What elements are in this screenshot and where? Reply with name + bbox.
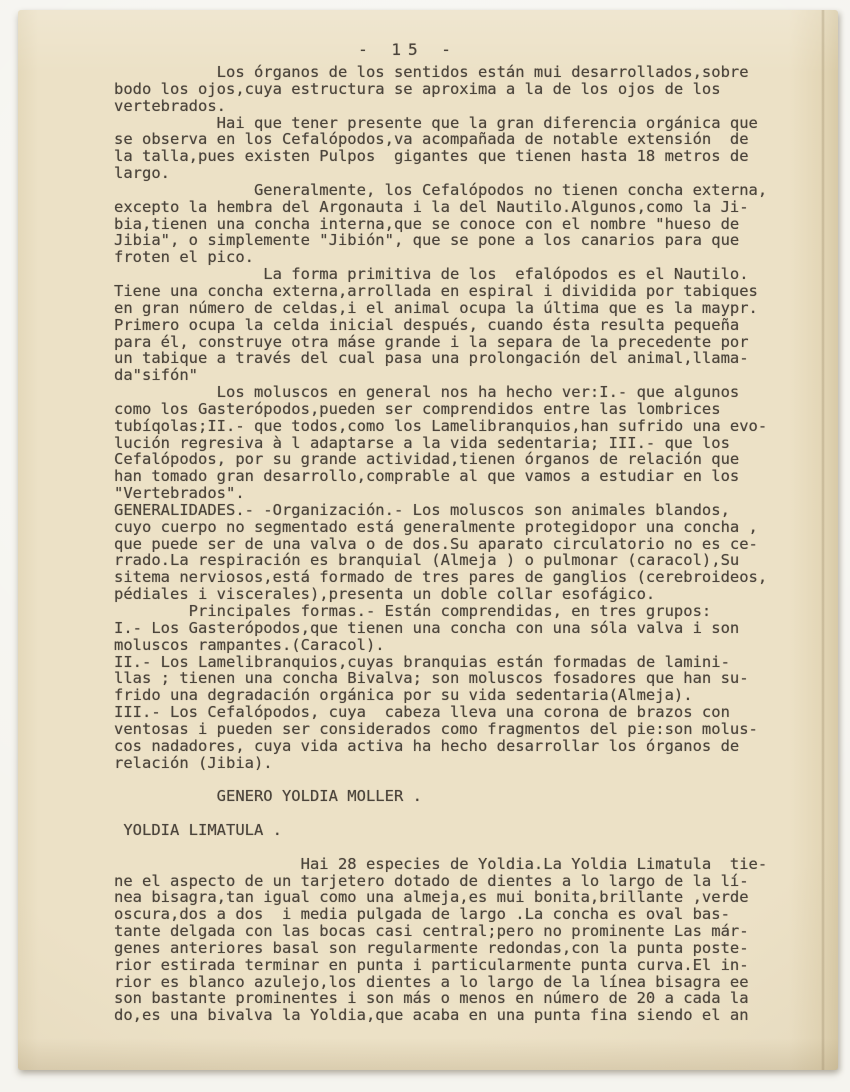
typewritten-line: Principales formas.- Están comprendidas,… bbox=[114, 603, 767, 620]
typewritten-text-block: Los órganos de los sentidos están mui de… bbox=[114, 64, 767, 1024]
paper-edge-crease bbox=[821, 10, 825, 1070]
typewritten-line: rrado.La respiración es branquial (Almej… bbox=[114, 552, 767, 569]
typewritten-line: moluscos rampantes.(Caracol). bbox=[114, 637, 767, 654]
typewritten-line: ventosas i pueden ser considerados como … bbox=[114, 721, 767, 738]
typewritten-line: Tiene una concha externa,arrollada en es… bbox=[114, 283, 767, 300]
typewritten-line: Hai 28 especies de Yoldia.La Yoldia Lima… bbox=[114, 856, 767, 873]
typewritten-line: la talla,pues existen Pulpos gigantes qu… bbox=[114, 148, 767, 165]
typewritten-line: Jibia", o simplemente "Jibión", que se p… bbox=[114, 232, 767, 249]
typewritten-line: rior es blanco azulejo,los dientes a lo … bbox=[114, 974, 767, 991]
typewritten-line: La forma primitiva de los efalópodos es … bbox=[114, 266, 767, 283]
typewritten-line: rior estirada terminar en punta i partic… bbox=[114, 957, 767, 974]
typewritten-line: oscura,dos a dos i media pulgada de larg… bbox=[114, 906, 767, 923]
page-number: - 15 - bbox=[18, 40, 838, 59]
typewritten-line bbox=[114, 771, 767, 788]
typewritten-line bbox=[114, 839, 767, 856]
typewritten-line: como los Gasterópodos,pueden ser compren… bbox=[114, 401, 767, 418]
typewritten-line: nea bisagra,tan igual como una almeja,es… bbox=[114, 889, 767, 906]
typewritten-line: pédiales i viscerales),presenta un doble… bbox=[114, 586, 767, 603]
typewritten-line: son bastante prominentes i son más o men… bbox=[114, 990, 767, 1007]
typewritten-line: llas ; tienen una concha Bivalva; son mo… bbox=[114, 670, 767, 687]
typewritten-line: ne el aspecto de un tarjetero dotado de … bbox=[114, 873, 767, 890]
typewritten-line: II.- Los Lamelibranquios,cuyas branquias… bbox=[114, 654, 767, 671]
typewritten-line: froten el pico. bbox=[114, 249, 767, 266]
typewritten-line: para él, construye otra máse grande i la… bbox=[114, 334, 767, 351]
typewritten-line: excepto la hembra del Argonauta i la del… bbox=[114, 199, 767, 216]
typewritten-line: "Vertebrados". bbox=[114, 485, 767, 502]
typewritten-line: vertebrados. bbox=[114, 98, 767, 115]
typewritten-line: bodo los ojos,cuya estructura se aproxim… bbox=[114, 81, 767, 98]
typewritten-line: Los moluscos en general nos ha hecho ver… bbox=[114, 384, 767, 401]
typewritten-line: cos nadadores, cuya vida activa ha hecho… bbox=[114, 738, 767, 755]
typewritten-line: han tomado gran desarrollo,comprable al … bbox=[114, 468, 767, 485]
typewritten-line: Hai que tener presente que la gran difer… bbox=[114, 115, 767, 132]
typewritten-line: sitema nerviosos,está formado de tres pa… bbox=[114, 569, 767, 586]
typewritten-line: do,es una bivalva la Yoldia,que acaba en… bbox=[114, 1007, 767, 1024]
typewritten-line: GENERALIDADES.- -Organización.- Los molu… bbox=[114, 502, 767, 519]
typewritten-line: un tabique a través del cual pasa una pr… bbox=[114, 350, 767, 367]
typewritten-line: en gran número de celdas,i el animal ocu… bbox=[114, 300, 767, 317]
typewritten-line: bia,tienen una concha interna,que se con… bbox=[114, 216, 767, 233]
typewritten-line: se observa en los Cefalópodos,va acompañ… bbox=[114, 131, 767, 148]
typewritten-line: Los órganos de los sentidos están mui de… bbox=[114, 64, 767, 81]
typewritten-line: Primero ocupa la celda inicial después, … bbox=[114, 317, 767, 334]
typewritten-line: Cefalópodos, por su grande actividad,tie… bbox=[114, 451, 767, 468]
typewritten-line: tante delgada con las bocas casi central… bbox=[114, 923, 767, 940]
typewritten-line: cuyo cuerpo no segmentado está generalme… bbox=[114, 519, 767, 536]
typewritten-line: tubíqolas;II.- que todos,como los Lameli… bbox=[114, 418, 767, 435]
typewritten-line: largo. bbox=[114, 165, 767, 182]
typewritten-line: lución regresiva à l adaptarse a la vida… bbox=[114, 435, 767, 452]
typewritten-line: relación (Jibia). bbox=[114, 755, 767, 772]
typewritten-line: da"sifón" bbox=[114, 367, 767, 384]
typewritten-line: III.- Los Cefalópodos, cuya cabeza lleva… bbox=[114, 704, 767, 721]
scanned-document-page: - 15 - Los órganos de los sentidos están… bbox=[18, 10, 838, 1070]
typewritten-line: frido una degradación orgánica por su vi… bbox=[114, 687, 767, 704]
typewritten-line: genes anteriores basal son regularmente … bbox=[114, 940, 767, 957]
typewritten-line: que puede ser de una valva o de dos.Su a… bbox=[114, 536, 767, 553]
typewritten-line: GENERO YOLDIA MOLLER . bbox=[114, 788, 767, 805]
typewritten-line: YOLDIA LIMATULA . bbox=[114, 822, 767, 839]
typewritten-line bbox=[114, 805, 767, 822]
typewritten-line: I.- Los Gasterópodos,que tienen una conc… bbox=[114, 620, 767, 637]
typewritten-line: Generalmente, los Cefalópodos no tienen … bbox=[114, 182, 767, 199]
